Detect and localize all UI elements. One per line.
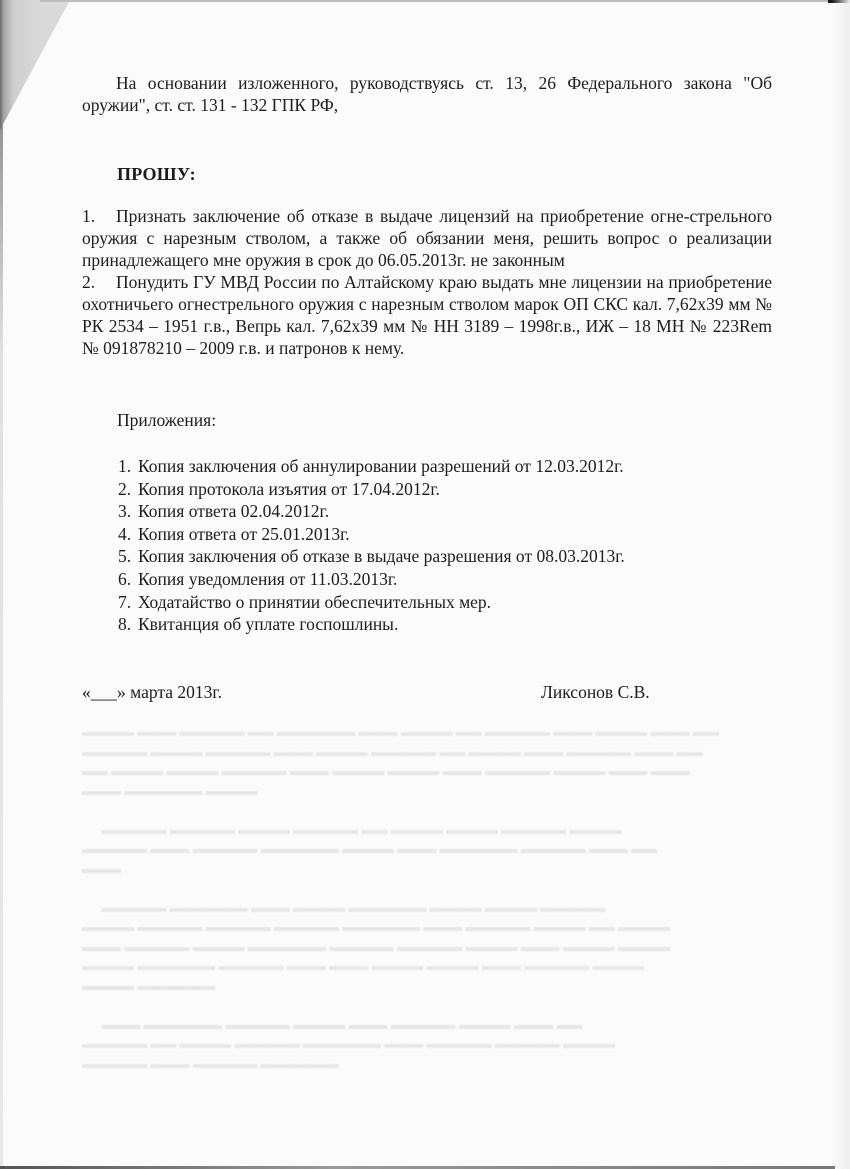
date-line: «___» марта 2013г. — [82, 681, 382, 703]
attachment-text: Копия ответа от 25.01.2013г. — [138, 524, 350, 544]
attachment-text: Копия протокола изъятия от 17.04.2012г. — [138, 479, 440, 499]
attachment-number: 2. — [118, 478, 138, 500]
attachment-text: Копия уведомления от 11.03.2013г. — [138, 569, 397, 589]
attachment-number: 4. — [118, 523, 138, 545]
attachment-item: 2.Копия протокола изъятия от 17.04.2012г… — [118, 478, 738, 501]
attachment-item: 4.Копия ответа от 25.01.2013г. — [118, 523, 738, 546]
attachment-number: 5. — [118, 545, 138, 567]
attachment-number: 6. — [118, 568, 138, 590]
intro-paragraph: На основании изложенного, руководствуясь… — [82, 72, 772, 116]
attachment-item: 6.Копия уведомления от 11.03.2013г. — [118, 568, 738, 591]
attachment-number: 1. — [118, 455, 138, 477]
signature: Ликсонов С.В. — [541, 681, 741, 703]
attachment-text: Ходатайство о принятии обеспечительных м… — [138, 592, 491, 612]
request-item: 2.Понудить ГУ МВД России по Алтайскому к… — [82, 271, 772, 359]
attachment-text: Копия заключения об аннулировании разреш… — [138, 456, 624, 476]
document-page: На основании изложенного, руководствуясь… — [0, 0, 850, 1169]
attachment-number: 8. — [118, 613, 138, 635]
attachment-text: Копия ответа 02.04.2012г. — [138, 501, 329, 521]
request-heading: ПРОШУ: — [117, 163, 807, 185]
attachment-item: 8.Квитанция об уплате госпошлины. — [118, 613, 738, 636]
attachment-item: 5.Копия заключения об отказе в выдаче ра… — [118, 545, 738, 568]
attachment-item: 7.Ходатайство о принятии обеспечительных… — [118, 591, 738, 614]
attachment-item: 3.Копия ответа 02.04.2012г. — [118, 500, 738, 523]
request-text: Понудить ГУ МВД России по Алтайскому кра… — [82, 272, 772, 358]
reverse-side-bleed-through: ▬▬▬▬ ▬▬▬ ▬▬▬▬▬ ▬▬ ▬▬▬▬▬▬ ▬▬▬ ▬▬▬▬ ▬▬ ▬▬▬… — [82, 722, 772, 1073]
request-number: 1. — [82, 205, 116, 227]
attachments-heading: Приложения: — [117, 409, 807, 431]
attachments-list: 1.Копия заключения об аннулировании разр… — [118, 455, 738, 636]
attachment-item: 1.Копия заключения об аннулировании разр… — [118, 455, 738, 478]
request-list: 1.Признать заключение об отказе в выдаче… — [82, 205, 772, 359]
attachment-text: Копия заключения об отказе в выдаче разр… — [138, 546, 625, 566]
request-text: Признать заключение об отказе в выдаче л… — [82, 206, 772, 270]
request-item: 1.Признать заключение об отказе в выдаче… — [82, 205, 772, 271]
attachment-number: 3. — [118, 500, 138, 522]
attachment-text: Квитанция об уплате госпошлины. — [138, 614, 398, 634]
request-number: 2. — [82, 271, 116, 293]
attachment-number: 7. — [118, 591, 138, 613]
